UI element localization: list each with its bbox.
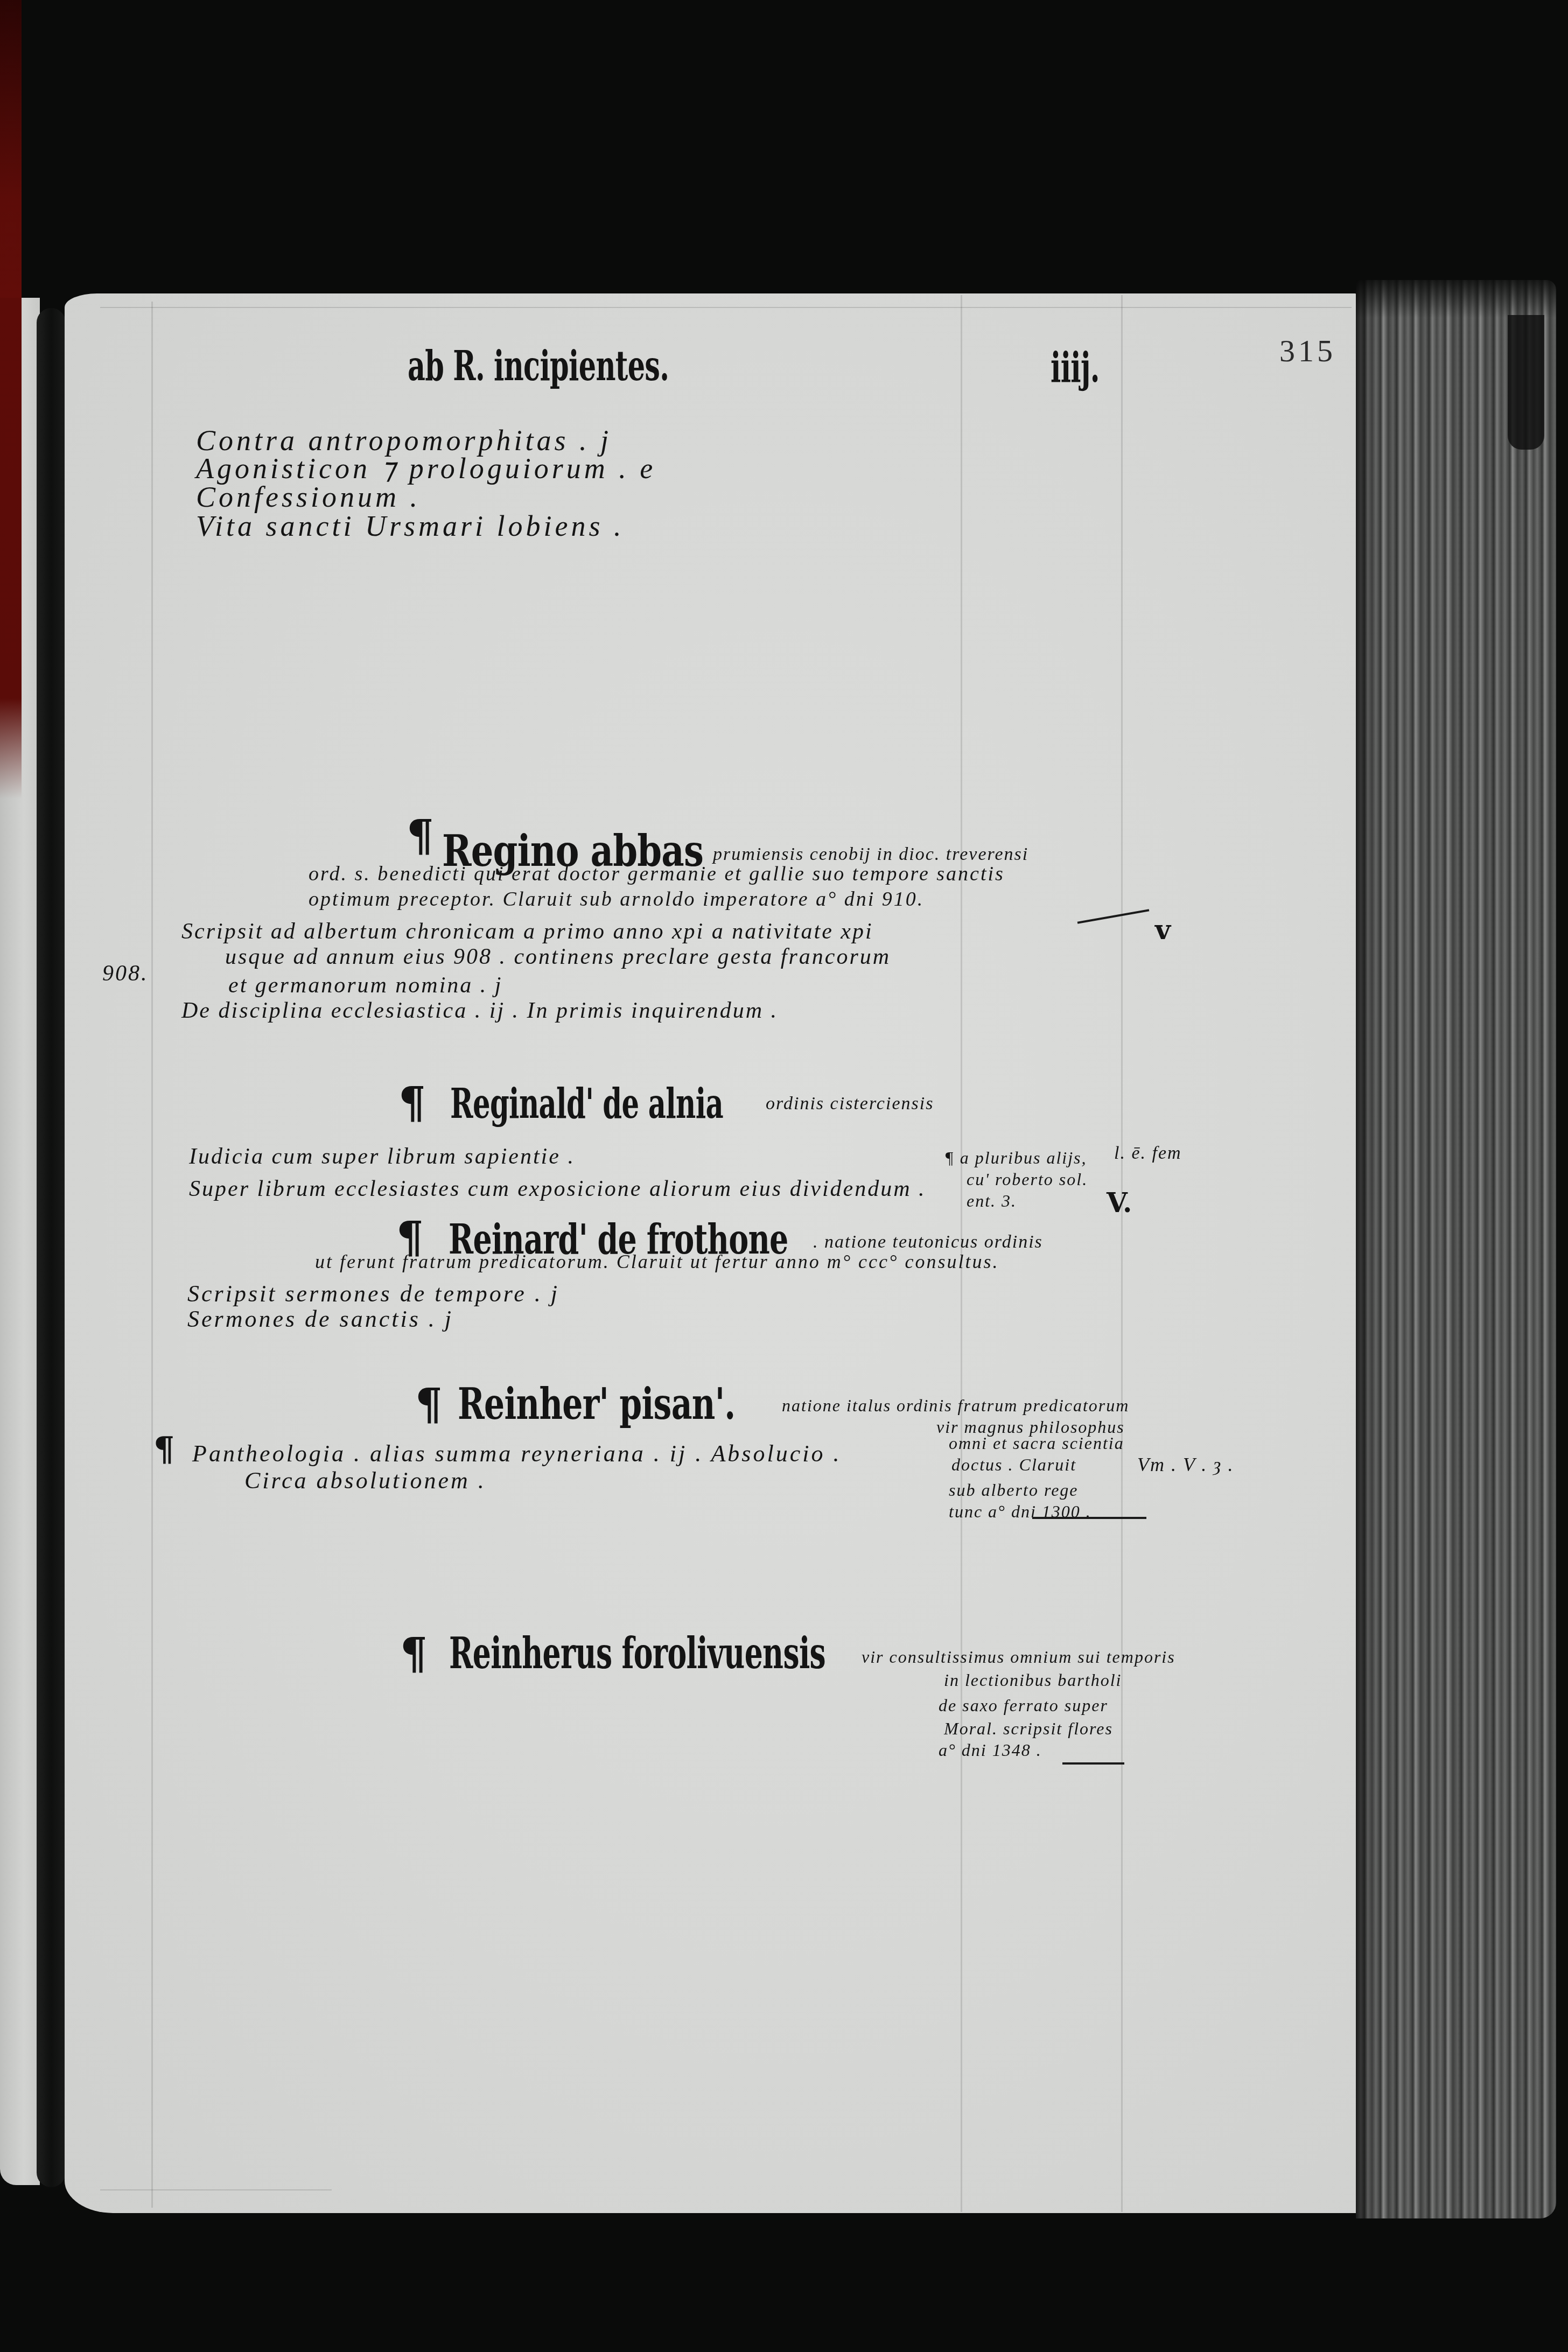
work-line: Scripsit sermones de tempore . j — [187, 1282, 559, 1306]
margin-note-left: 908. — [102, 962, 149, 985]
bio-note-line: doctus . Claruit — [951, 1456, 1076, 1473]
work-line: Super librum ecclesiastes cum exposicion… — [189, 1178, 926, 1200]
folio-number: 315 — [1279, 335, 1336, 367]
side-note-line: ent. 3. — [967, 1192, 1017, 1209]
bio-note-line: Moral. scripsit flores — [944, 1720, 1113, 1737]
author-heading: Reinher' pisan'. — [458, 1382, 735, 1425]
work-line: Scripsit ad albertum chronicam a primo a… — [181, 920, 873, 943]
bio-line: ut ferunt fratrum predicatorum. Claruit … — [315, 1252, 999, 1271]
work-line: Circa absolutionem . — [244, 1469, 486, 1493]
heading-note: prumiensis cenobij in dioc. treverensi — [713, 845, 1028, 864]
side-mark: V. — [1107, 1189, 1132, 1216]
side-note-line: ¶ a pluribus alijs, — [944, 1149, 1087, 1166]
bookmark-ribbon — [1508, 315, 1544, 450]
work-line: Sermones de sanctis . j — [187, 1307, 453, 1331]
gutter-shadow — [37, 308, 66, 2187]
bio-note-line: sub alberto rege — [949, 1481, 1079, 1499]
bio-note-line: in lectionibus bartholi — [944, 1671, 1122, 1689]
heading-note: ordinis cisterciensis — [766, 1095, 934, 1113]
bio-note-line: natione italus ordinis fratrum predicato… — [782, 1397, 1129, 1414]
ruling-line-left-margin — [151, 302, 153, 2208]
bio-line: optimum preceptor. Claruit sub arnoldo i… — [309, 889, 924, 909]
pilcrow-icon: ¶ — [400, 1632, 428, 1675]
running-title: ab R. incipientes. — [408, 346, 669, 387]
work-line: Agonisticon ⁊ prologuiorum . e — [196, 454, 656, 483]
work-line: et germanorum nomina . j — [228, 974, 502, 997]
date-underline — [1032, 1517, 1146, 1519]
red-binding-strip-overlap — [0, 298, 22, 799]
bio-note-line: vir consultissimus omnium sui temporis — [862, 1648, 1175, 1665]
pilcrow-icon: ¶ — [415, 1383, 443, 1426]
ruling-line-bottom — [100, 2189, 332, 2190]
book-fore-edge — [1356, 280, 1556, 2218]
date-underline — [1062, 1762, 1124, 1765]
quire-mark: iiij. — [1051, 347, 1100, 388]
pilcrow-icon: ¶ — [153, 1432, 174, 1466]
author-heading: Reginald' de alnia — [450, 1083, 723, 1124]
margin-mark-right: Vm . V . ȝ . — [1137, 1455, 1234, 1474]
work-line: Pantheologia . alias summa reyneriana . … — [192, 1442, 841, 1466]
work-line: usque ad annum eius 908 . continens prec… — [225, 946, 891, 968]
work-line: De disciplina ecclesiastica . ij . In pr… — [181, 999, 778, 1022]
bio-line: ord. s. benedicti qui erat doctor german… — [309, 864, 1005, 884]
work-line: Confessionum . — [196, 482, 421, 512]
work-line: Vita sancti Ursmari lobiens . — [196, 512, 625, 541]
work-line: Contra antropomorphitas . j — [196, 426, 612, 455]
heading-note: . natione teutonicus ordinis — [813, 1233, 1043, 1251]
ruling-line-top — [100, 307, 1352, 308]
pilcrow-icon: ¶ — [398, 1081, 426, 1124]
side-mark: l. ē. fem — [1114, 1144, 1182, 1163]
pilcrow-icon: ¶ — [407, 814, 434, 857]
bio-note-line: a° dni 1348 . — [939, 1741, 1042, 1759]
bio-note-line: de saxo ferrato super — [939, 1697, 1108, 1714]
side-note-line: cu' roberto sol. — [967, 1171, 1088, 1188]
author-heading: Reinherus forolivuensis — [449, 1632, 825, 1675]
work-line: Iudicia cum super librum sapientie . — [189, 1145, 575, 1168]
ruling-line-right-margin — [1121, 295, 1123, 2212]
margin-mark-right: v — [1155, 916, 1171, 943]
bio-note-line: omni et sacra scientia — [949, 1434, 1124, 1452]
fore-edge-shadow — [1356, 280, 1377, 2218]
